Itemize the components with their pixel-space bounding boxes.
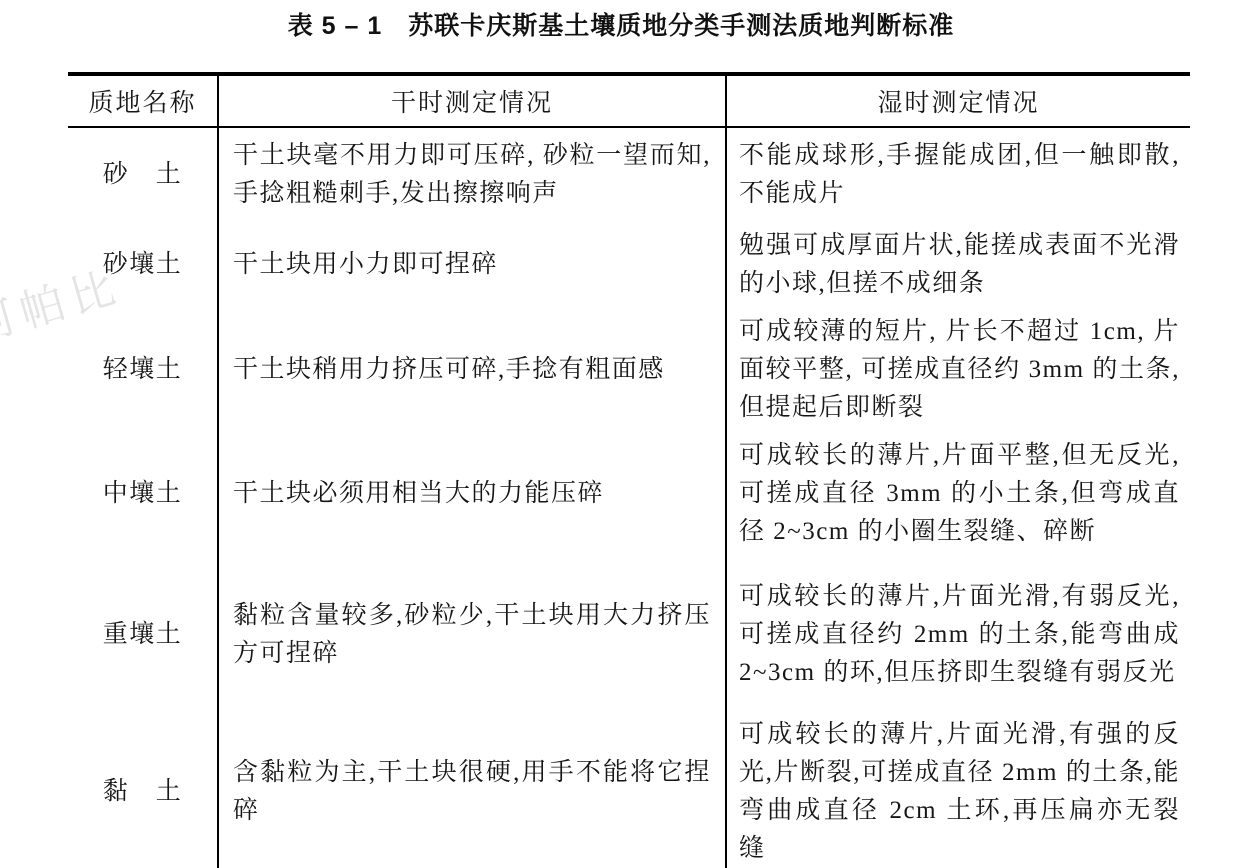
table-row: 砂壤土 干土块用小力即可捏碎 勉强可成厚面片状,能搓成表面不光滑的小球,但搓不成… — [68, 222, 1190, 308]
cell-texture-name: 重壤土 — [68, 556, 218, 714]
table-row: 黏 土 含黏粒为主,干土块很硬,用手不能将它捏碎 可成较长的薄片,片面光滑,有强… — [68, 714, 1190, 868]
cell-dry-description: 干土块用小力即可捏碎 — [218, 222, 726, 308]
cell-wet-description: 可成较薄的短片, 片长不超过 1cm, 片面较平整, 可搓成直径约 3mm 的土… — [726, 308, 1190, 432]
cell-wet-description: 可成较长的薄片,片面光滑,有强的反光,片断裂,可搓成直径 2mm 的土条,能弯曲… — [726, 714, 1190, 868]
cell-dry-description: 干土块毫不用力即可压碎, 砂粒一望而知,手捻粗糙刺手,发出擦擦响声 — [218, 127, 726, 222]
table-row: 砂 土 干土块毫不用力即可压碎, 砂粒一望而知,手捻粗糙刺手,发出擦擦响声 不能… — [68, 127, 1190, 222]
cell-dry-description: 干土块稍用力挤压可碎,手捻有粗面感 — [218, 308, 726, 432]
cell-texture-name: 中壤土 — [68, 432, 218, 556]
header-texture-name: 质地名称 — [68, 74, 218, 127]
header-wet-test: 湿时测定情况 — [726, 74, 1190, 127]
table-row: 轻壤土 干土块稍用力挤压可碎,手捻有粗面感 可成较薄的短片, 片长不超过 1cm… — [68, 308, 1190, 432]
cell-texture-name: 砂壤土 — [68, 222, 218, 308]
soil-texture-table: 质地名称 干时测定情况 湿时测定情况 砂 土 干土块毫不用力即可压碎, 砂粒一望… — [68, 72, 1190, 868]
cell-texture-name: 轻壤土 — [68, 308, 218, 432]
page-title: 表 5 – 1 苏联卡庆斯基土壤质地分类手测法质地判断标准 — [0, 6, 1242, 42]
cell-dry-description: 干土块必须用相当大的力能压碎 — [218, 432, 726, 556]
cell-wet-description: 不能成球形,手握能成团,但一触即散,不能成片 — [726, 127, 1190, 222]
cell-wet-description: 可成较长的薄片,片面光滑,有弱反光,可搓成直径约 2mm 的土条,能弯曲成 2~… — [726, 556, 1190, 714]
table-row: 中壤土 干土块必须用相当大的力能压碎 可成较长的薄片,片面平整,但无反光,可搓成… — [68, 432, 1190, 556]
cell-texture-name: 砂 土 — [68, 127, 218, 222]
cell-dry-description: 黏粒含量较多,砂粒少,干土块用大力挤压方可捏碎 — [218, 556, 726, 714]
cell-dry-description: 含黏粒为主,干土块很硬,用手不能将它捏碎 — [218, 714, 726, 868]
cell-wet-description: 勉强可成厚面片状,能搓成表面不光滑的小球,但搓不成细条 — [726, 222, 1190, 308]
cell-texture-name: 黏 土 — [68, 714, 218, 868]
table-row: 重壤土 黏粒含量较多,砂粒少,干土块用大力挤压方可捏碎 可成较长的薄片,片面光滑… — [68, 556, 1190, 714]
header-row: 质地名称 干时测定情况 湿时测定情况 — [68, 74, 1190, 127]
cell-wet-description: 可成较长的薄片,片面平整,但无反光,可搓成直径 3mm 的小土条,但弯成直径 2… — [726, 432, 1190, 556]
header-dry-test: 干时测定情况 — [218, 74, 726, 127]
